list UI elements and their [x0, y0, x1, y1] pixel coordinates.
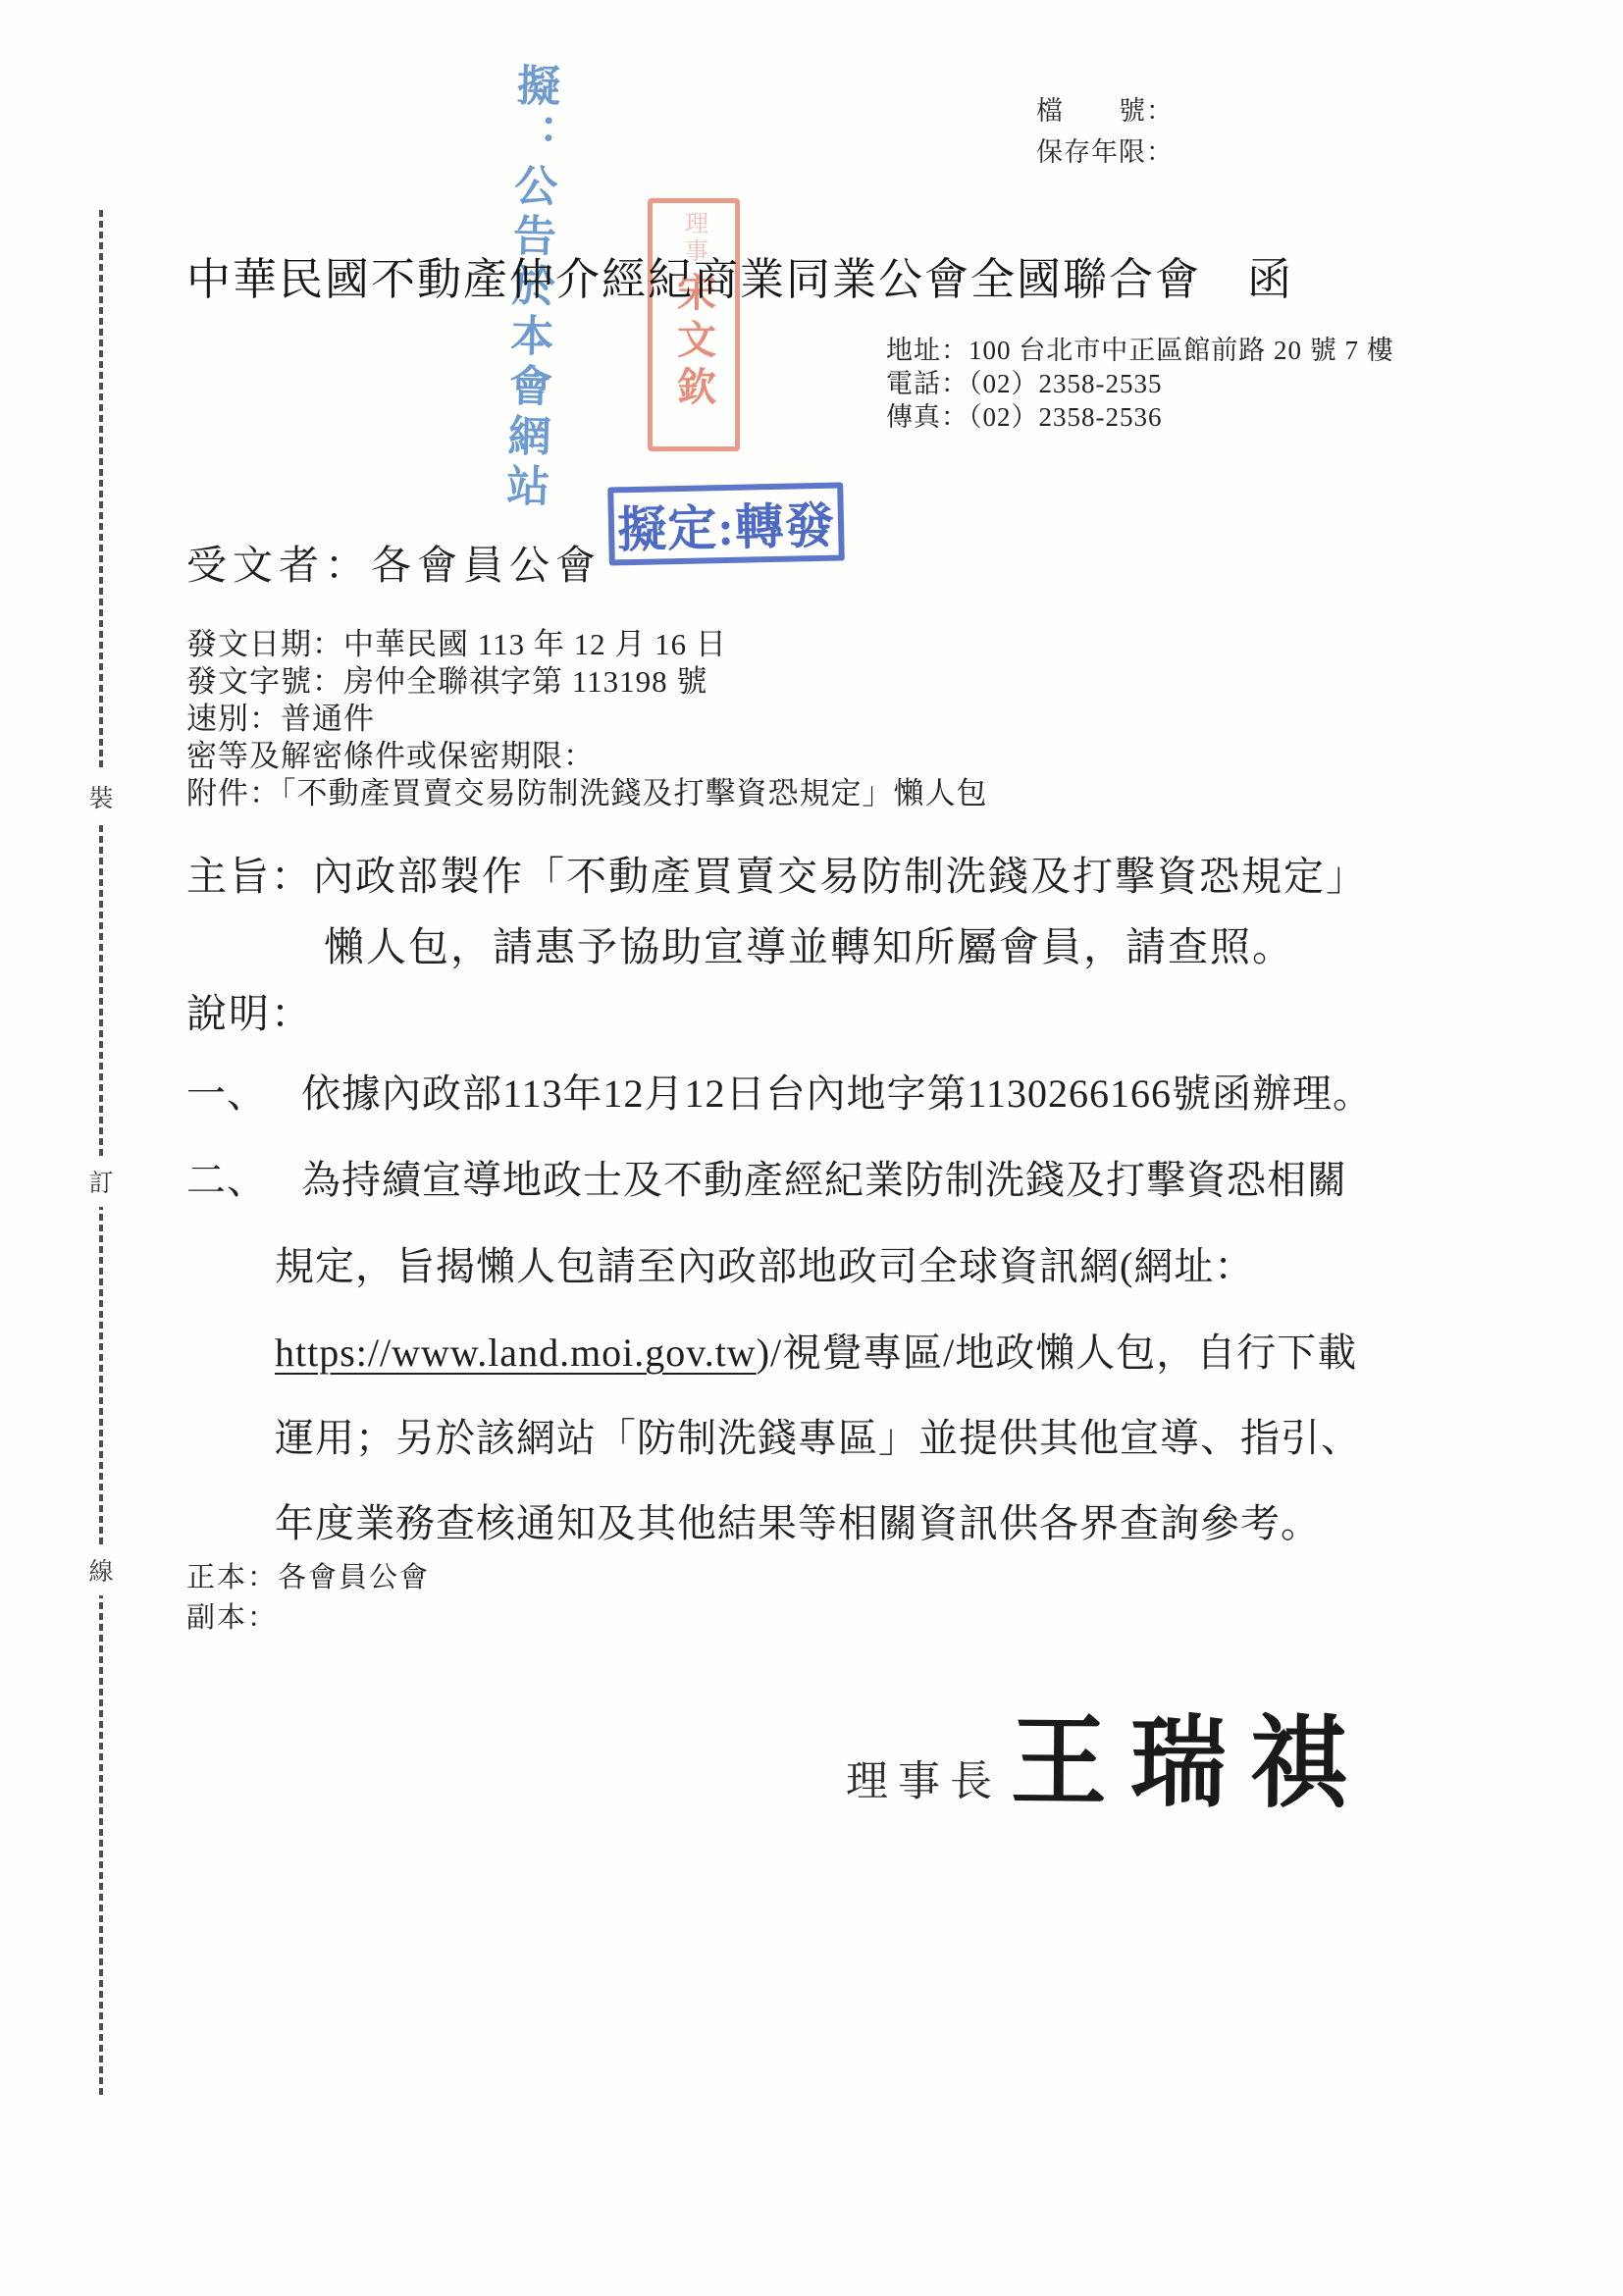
- binding-char-zhuang: 裝: [85, 771, 117, 822]
- binding-dotted-line: [99, 210, 103, 2096]
- attachment-line: 附件：「不動產買賣交易防制洗錢及打擊資恐規定」懶人包: [186, 775, 988, 812]
- issue-date-line: 發文日期：中華民國 113 年 12 月 16 日: [186, 626, 988, 663]
- sender-fax: 傳真：（02）2358-2536: [886, 400, 1394, 434]
- filing-info-block: 檔 號： 保存年限：: [1036, 90, 1174, 173]
- copies-block: 正本：各會員公會 副本：: [186, 1558, 430, 1639]
- sender-phone: 電話：（02）2358-2535: [886, 367, 1394, 400]
- security-class-line: 密等及解密條件或保密期限：: [186, 738, 988, 775]
- item-2-number: 二、: [186, 1149, 301, 1205]
- doc-number-line: 發文字號：房仲全聯祺字第 113198 號: [186, 663, 988, 701]
- retention-period-label: 保存年限：: [1036, 131, 1174, 173]
- item-2-text-line-3: https://www.land.moi.gov.tw)/視覺專區/地政懶人包，…: [275, 1322, 1357, 1378]
- item-2-text-line-5: 年度業務查核通知及其他結果等相關資訊供各界查詢參考。: [275, 1492, 1321, 1548]
- letter-title: 中華民國不動產仲介經紀商業同業公會全國聯合會 函: [186, 243, 1293, 307]
- original-copy-line: 正本：各會員公會: [186, 1558, 430, 1598]
- item-2-text-line-3-rest: )/視覺專區/地政懶人包，自行下載: [757, 1331, 1358, 1375]
- explanation-heading: 說明：: [186, 981, 313, 1039]
- subject-line-2: 懶人包，請惠予協助宣導並轉知所屬會員，請查照。: [324, 914, 1294, 972]
- speed-class-line: 速別：普通件: [186, 701, 988, 738]
- recipient-line: 受文者：各會員公會: [186, 533, 602, 591]
- item-1-number: 一、: [186, 1063, 301, 1119]
- scanned-letter-page: 裝 訂 線 檔 號： 保存年限： 擬：公告於本會網站 理事 宋文欽 中華民國不動…: [0, 0, 1623, 2296]
- moi-land-url: https://www.land.moi.gov.tw: [275, 1331, 757, 1375]
- explanation-item-2: 二、 為持續宣導地政士及不動產經紀業防制洗錢及打擊資恐相關: [186, 1149, 1347, 1205]
- binding-char-ding: 訂: [85, 1156, 117, 1207]
- sender-contact-block: 地址：100 台北市中正區館前路 20 號 7 樓 電話：（02）2358-25…: [886, 334, 1394, 434]
- binding-char-xian: 線: [85, 1544, 117, 1595]
- explanation-item-1: 一、 依據內政部113年12月12日台內地字第1130266166號函辦理。: [186, 1063, 1373, 1119]
- item-2-text-line-1: 為持續宣導地政士及不動產經紀業防制洗錢及打擊資恐相關: [301, 1149, 1347, 1205]
- approval-stamp: 擬定:轉發: [607, 482, 845, 565]
- item-2-text-line-4: 運用；另於該網站「防制洗錢專區」並提供其他宣導、指引、: [275, 1407, 1361, 1463]
- chairman-title: 理事長: [846, 1748, 1002, 1808]
- subject-line-1: 主旨：內政部製作「不動產買賣交易防制洗錢及打擊資恐規定」: [186, 844, 1368, 902]
- chairman-signature: 王瑞祺: [1011, 1682, 1371, 1828]
- sender-address: 地址：100 台北市中正區館前路 20 號 7 樓: [886, 334, 1394, 367]
- red-receipt-seal: 理事 宋文欽: [648, 198, 740, 451]
- document-meta-block: 發文日期：中華民國 113 年 12 月 16 日 發文字號：房仲全聯祺字第 1…: [186, 626, 988, 812]
- item-1-text: 依據內政部113年12月12日台內地字第1130266166號函辦理。: [301, 1063, 1373, 1119]
- cc-copy-line: 副本：: [186, 1598, 430, 1639]
- handwritten-note: 擬：公告於本會網站: [499, 63, 555, 564]
- item-2-text-line-2: 規定，旨揭懶人包請至內政部地政司全球資訊網(網址：: [275, 1235, 1254, 1291]
- file-number-label: 檔 號：: [1036, 90, 1174, 131]
